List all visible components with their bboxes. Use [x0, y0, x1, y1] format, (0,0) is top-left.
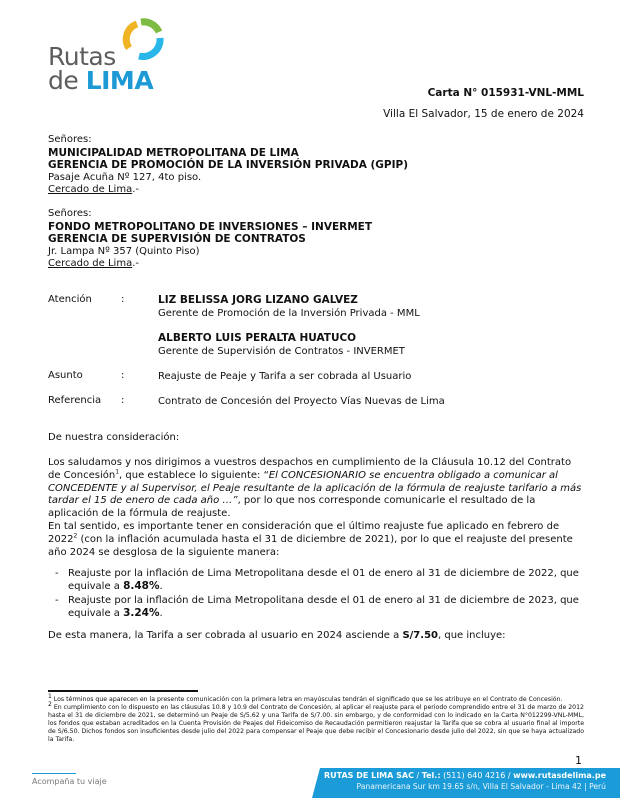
footnote-text: En cumplimiento con lo dispuesto en las …	[48, 704, 584, 743]
logo-de: de	[48, 66, 86, 95]
footnote-1: 1 Los términos que aparecen en la presen…	[48, 696, 584, 704]
attendee-name: ALBERTO LUIS PERALTA HUATUCO	[158, 332, 405, 345]
footer-address: Panamericana Sur km 19.65 s/n, Villa El …	[357, 782, 606, 791]
adjustment-list: - Reajuste por la inflación de Lima Metr…	[48, 568, 588, 622]
reference-value: Contrato de Concesión del Proyecto Vías …	[158, 395, 445, 408]
reference-label: Referencia	[48, 395, 118, 406]
recipient-org: MUNICIPALIDAD METROPOLITANA DE LIMA	[48, 147, 408, 160]
recipient-org: FONDO METROPOLITANO DE INVERSIONES – INV…	[48, 221, 372, 234]
recipient-block-invermet: Señores: FONDO METROPOLITANO DE INVERSIO…	[48, 208, 372, 271]
recipient-block-mml: Señores: MUNICIPALIDAD METROPOLITANA DE …	[48, 134, 408, 197]
footer-company: RUTAS DE LIMA SAC	[324, 771, 414, 780]
footer-phone: (511) 640 4216	[441, 771, 506, 780]
bullet-suffix: .	[160, 581, 163, 592]
p2-text: (con la inflación acumulada hasta el 31 …	[48, 534, 573, 558]
colon: :	[121, 395, 124, 406]
subject-label: Asunto	[48, 370, 118, 381]
attendee-1: LIZ BELISSA JORG LIZANO GALVEZ Gerente d…	[158, 294, 420, 320]
tel-label: Tel.:	[422, 771, 441, 780]
p3-text: De esta manera, la Tarifa a ser cobrada …	[48, 630, 402, 641]
bullet-value: 3.24%	[123, 607, 159, 619]
list-item: - Reajuste por la inflación de Lima Metr…	[48, 595, 588, 620]
p1-text: , que establece lo siguiente: “	[119, 470, 269, 481]
logo-swirl-icon	[121, 18, 165, 62]
letter-number: Carta N° 015931-VNL-MML	[428, 87, 584, 99]
paragraph-3: De esta manera, la Tarifa a ser cobrada …	[48, 630, 584, 643]
recipient-city: Cercado de Lima	[48, 184, 132, 195]
recipient-department: GERENCIA DE SUPERVISIÓN DE CONTRATOS	[48, 233, 372, 246]
city-suffix: .-	[132, 258, 139, 269]
recipient-department: GERENCIA DE PROMOCIÓN DE LA INVERSIÓN PR…	[48, 159, 408, 172]
footnotes: 1 Los términos que aparecen en la presen…	[48, 696, 584, 743]
letter-date: Villa El Salvador, 15 de enero de 2024	[383, 108, 584, 120]
bullet-dash: -	[55, 568, 59, 580]
tariff-value: S/7.50	[402, 630, 438, 641]
recipient-city: Cercado de Lima	[48, 258, 132, 269]
footnote-number: 2	[48, 701, 52, 708]
separator: /	[505, 771, 513, 780]
footnote-2: 2 En cumplimiento con lo dispuesto en la…	[48, 704, 584, 744]
attendee-role: Gerente de Promoción de la Inversión Pri…	[158, 307, 420, 320]
company-logo: Rutas de LIMA	[48, 18, 168, 90]
attention-label: Atención	[48, 294, 118, 305]
footer-website-link[interactable]: www.rutasdelima.pe	[513, 771, 606, 780]
footnote-number: 1	[48, 693, 52, 700]
footnote-text: Los términos que aparecen en la presente…	[54, 696, 563, 703]
recipient-city-line: Cercado de Lima.-	[48, 258, 372, 271]
salutation: Señores:	[48, 208, 372, 221]
footnote-divider	[48, 690, 198, 692]
colon: :	[121, 294, 124, 305]
tagline-divider	[32, 773, 76, 774]
bullet-dash: -	[55, 595, 59, 607]
page-number: 1	[575, 754, 582, 767]
logo-lima: LIMA	[86, 66, 153, 95]
logo-word-de-lima: de LIMA	[48, 68, 153, 93]
attendee-name: LIZ BELISSA JORG LIZANO GALVEZ	[158, 294, 420, 307]
bullet-suffix: .	[160, 608, 163, 619]
p3-text: , que incluye:	[438, 630, 506, 641]
greeting: De nuestra consideración:	[48, 432, 584, 445]
attendee-role: Gerente de Supervisión de Contratos - IN…	[158, 345, 405, 358]
separator: /	[414, 771, 422, 780]
city-suffix: .-	[132, 184, 139, 195]
attendee-2: ALBERTO LUIS PERALTA HUATUCO Gerente de …	[158, 332, 405, 358]
bullet-value: 8.48%	[123, 580, 159, 592]
recipient-city-line: Cercado de Lima.-	[48, 184, 408, 197]
tagline: Acompaña tu viaje	[32, 777, 107, 786]
paragraph-2: En tal sentido, es importante tener en c…	[48, 521, 584, 559]
colon: :	[121, 370, 124, 381]
paragraph-1: Los saludamos y nos dirigimos a vuestros…	[48, 457, 584, 521]
salutation: Señores:	[48, 134, 408, 147]
footer-contact-line: RUTAS DE LIMA SAC / Tel.: (511) 640 4216…	[324, 771, 606, 780]
recipient-address: Jr. Lampa Nº 357 (Quinto Piso)	[48, 246, 372, 259]
recipient-address: Pasaje Acuña Nº 127, 4to piso.	[48, 172, 408, 185]
list-item: - Reajuste por la inflación de Lima Metr…	[48, 568, 588, 593]
subject-value: Reajuste de Peaje y Tarifa a ser cobrada…	[158, 370, 411, 383]
